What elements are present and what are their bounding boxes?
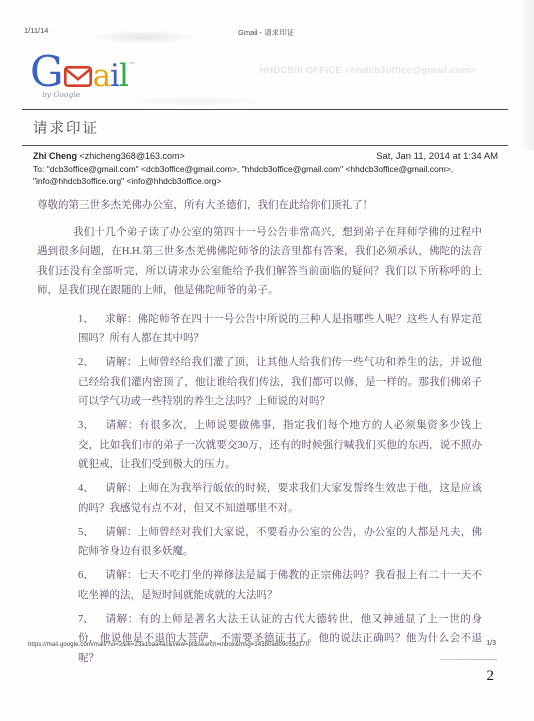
sender-name: Zhi Cheng xyxy=(33,151,77,161)
question-number: 3、 xyxy=(78,416,105,436)
account-owner-faint-text: HHDCBIII OFFICE <hhdcb3office@gmail.com> xyxy=(259,65,476,76)
email-body: 尊敬的第三世多杰羌佛办公室，所有大圣德们，我们在此给你们顶礼了！ 我们十几个弟子… xyxy=(22,196,508,668)
question-item: 5、请解：上师曾经对我们大家说，不要看办公室的公告，办公室的人都是凡夫，佛陀师爷… xyxy=(78,523,482,562)
question-text: 有的上师是著名大法王认证的古代大德转世，他又神通显了上一世的身份，他说他是不退的… xyxy=(78,614,482,664)
question-text: 上师在为我举行皈依的时候，要求我们大家发誓终生效忠于他，这是应该的吗？我感觉有点… xyxy=(78,483,482,514)
question-label: 求解： xyxy=(105,314,138,325)
question-item: 3、请解：有很多次，上师说要做佛事，指定我们每个地方的人必须集资多少钱上交，比如… xyxy=(78,416,482,475)
question-text: 有很多次，上师说要做佛事，指定我们每个地方的人必须集资多少钱上交，比如我们市的弟… xyxy=(78,420,482,470)
question-text: 上师曾经给我们灌了顶，让其他人给我们传一些气功和养生的法，并说他已经给我们灌内密… xyxy=(78,357,482,407)
print-date: 1/11/14 xyxy=(24,26,48,35)
question-item: 2、请解：上师曾经给我们灌了顶，让其他人给我们传一些气功和养生的法，并说他已经给… xyxy=(78,353,482,412)
question-text: 七天不吃打坐的禅修法是属于佛教的正宗佛法吗？我看报上有二十一天不吃坐禅的法，是短… xyxy=(78,570,482,601)
question-item: 1、求解：佛陀师爷在四十一号公告中所说的三种人是指哪些人呢？这些人有界定范围吗？… xyxy=(78,310,482,349)
scan-smudge xyxy=(88,30,198,44)
question-number: 5、 xyxy=(78,523,105,543)
question-label: 请解： xyxy=(105,357,138,368)
question-text: 佛陀师爷在四十一号公告中所说的三种人是指哪些人呢？这些人有界定范围吗？所有人都在… xyxy=(78,314,482,345)
question-number: 2、 xyxy=(78,353,105,373)
question-number: 7、 xyxy=(78,610,105,630)
sender-email: <zhicheng368@163.com> xyxy=(80,151,185,161)
intro-paragraph: 我们十几个弟子读了办公室的第四十一号公告非常高兴，想到弟子在拜师学佛的过程中遇到… xyxy=(37,223,482,301)
email-subject: 请求印证 xyxy=(22,110,508,145)
document-page-number: 2 xyxy=(487,668,495,685)
question-label: 请解： xyxy=(105,570,138,581)
gmail-logo-letter-g: G xyxy=(30,51,63,93)
footer-page-indicator: 1/3 xyxy=(486,640,496,647)
question-item: 4、请解：上师在为我举行皈依的时候，要求我们大家发誓终生效忠于他，这是应该的吗？… xyxy=(78,479,482,518)
question-number: 1、 xyxy=(78,310,105,330)
gmail-logo-block: G ail ™ by Google HHDCBIII OFFICE <hhdcb… xyxy=(30,51,508,103)
scan-line-artifact xyxy=(440,659,497,660)
question-label: 请解： xyxy=(105,483,138,494)
question-number: 6、 xyxy=(78,566,105,586)
question-label: 请解： xyxy=(105,420,139,431)
scan-edge-artifact xyxy=(520,0,534,150)
question-item: 7、请解：有的上师是著名大法王认证的古代大德转世，他又神通显了上一世的身份，他说… xyxy=(78,610,482,669)
gmail-logo-letters-ail: ail xyxy=(93,61,128,92)
question-text: 上师曾经对我们大家说，不要看办公室的公告，办公室的人都是凡夫，佛陀师爷身边有很多… xyxy=(78,527,482,558)
question-label: 请解： xyxy=(105,614,139,625)
print-title: Gmail - 请求印证 xyxy=(238,27,294,38)
question-label: 请解： xyxy=(105,527,138,538)
footer-url: https://mail.google.com/mail/?ui=2&ik=23… xyxy=(28,642,309,648)
question-number: 4、 xyxy=(78,479,105,499)
question-item: 6、请解：七天不吃打坐的禅修法是属于佛教的正宗佛法吗？我看报上有二十一天不吃坐禅… xyxy=(78,566,482,605)
to-line: To: "dcb3office@gmail.com" <dcb3office@g… xyxy=(33,164,513,187)
question-list: 1、求解：佛陀师爷在四十一号公告中所说的三种人是指哪些人呢？这些人有界定范围吗？… xyxy=(37,310,482,669)
from-line: Zhi Cheng <zhicheng368@163.com> xyxy=(33,151,185,161)
scanned-email-page: 1/11/14 Gmail - 请求印证 G ail ™ by Google H… xyxy=(0,0,534,721)
gmail-envelope-icon xyxy=(64,66,92,91)
email-meta: Zhi Cheng <zhicheng368@163.com> Sat, Jan… xyxy=(22,146,508,187)
email-date: Sat, Jan 11, 2014 at 1:34 AM xyxy=(376,151,498,162)
trademark-symbol: ™ xyxy=(129,62,135,68)
salutation: 尊敬的第三世多杰羌佛办公室，所有大圣德们，我们在此给你们顶礼了！ xyxy=(37,196,482,216)
